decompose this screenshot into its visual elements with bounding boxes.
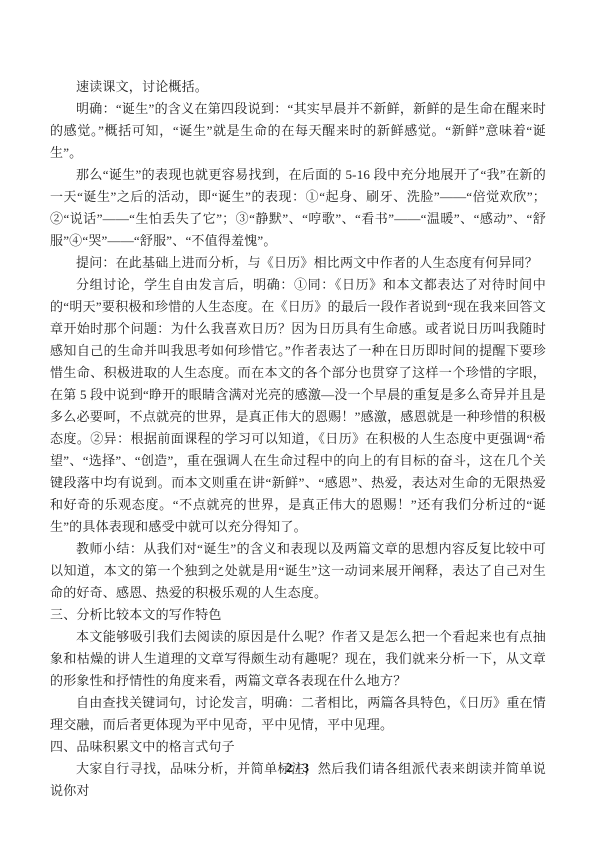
section-heading: 四、品味积累文中的格言式句子 [50, 736, 546, 758]
paragraph: 速读课文，讨论概括。 [50, 76, 546, 98]
paragraph: 明确：“诞生”的含义在第四段说到：“其实早晨并不新鲜，新鲜的是生命在醒来时的感觉… [50, 98, 546, 164]
page-footer: 2 / 3 [0, 757, 595, 779]
document-page: 速读课文，讨论概括。明确：“诞生”的含义在第四段说到：“其实早晨并不新鲜，新鲜的… [0, 0, 595, 841]
paragraph: 本文能够吸引我们去阅读的原因是什么呢？作者又是怎么把一个看起来也有点抽象和枯燥的… [50, 626, 546, 692]
section-heading: 三、分析比较本文的写作特色 [50, 604, 546, 626]
paragraph: 自由查找关键词句，讨论发言，明确：二者相比，两篇各具特色，《日历》重在情理交融，… [50, 692, 546, 736]
document-body: 速读课文，讨论概括。明确：“诞生”的含义在第四段说到：“其实早晨并不新鲜，新鲜的… [50, 76, 546, 802]
paragraph: 提问：在此基础上进而分析，与《日历》相比两文中作者的人生态度有何异同？ [50, 252, 546, 274]
paragraph: 分组讨论，学生自由发言后，明确：①同：《日历》和本文都表达了对待时间中的“明天”… [50, 274, 546, 538]
paragraph: 教师小结：从我们对“诞生”的含义和表现以及两篇文章的思想内容反复比较中可以知道，… [50, 538, 546, 604]
page-number: 2 / 3 [286, 760, 309, 775]
paragraph: 那么“诞生”的表现也就更容易找到，在后面的 5-16 段中充分地展开了“我”在新… [50, 164, 546, 252]
